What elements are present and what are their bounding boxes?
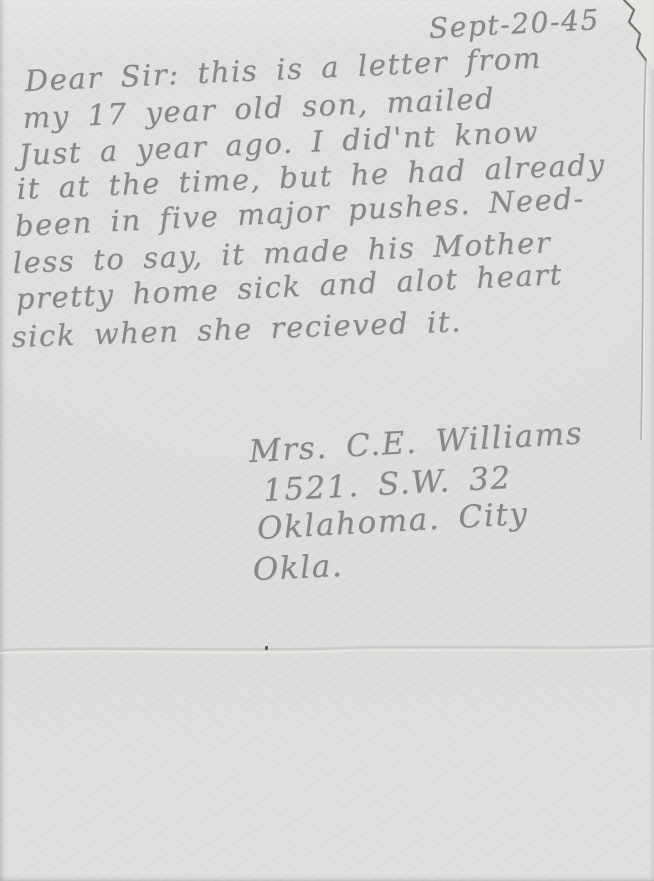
tear-line-overlay	[624, 0, 646, 60]
right-crease-highlight	[643, 58, 648, 440]
letter-page: Sept-20-45 Dear Sir: this is a letter fr…	[0, 0, 654, 881]
tear-line	[624, 0, 646, 60]
top-crease	[0, 9, 300, 14]
date-line: Sept-20-45	[428, 3, 601, 45]
right-crease	[641, 58, 646, 440]
signature-state: Okla.	[252, 548, 344, 588]
signature-name: Mrs. C.E. Williams	[248, 415, 584, 470]
paper-speck	[265, 646, 268, 650]
fold-crease	[0, 646, 654, 650]
fold-crease-highlight	[0, 649, 654, 653]
tear-flap	[626, 0, 654, 70]
